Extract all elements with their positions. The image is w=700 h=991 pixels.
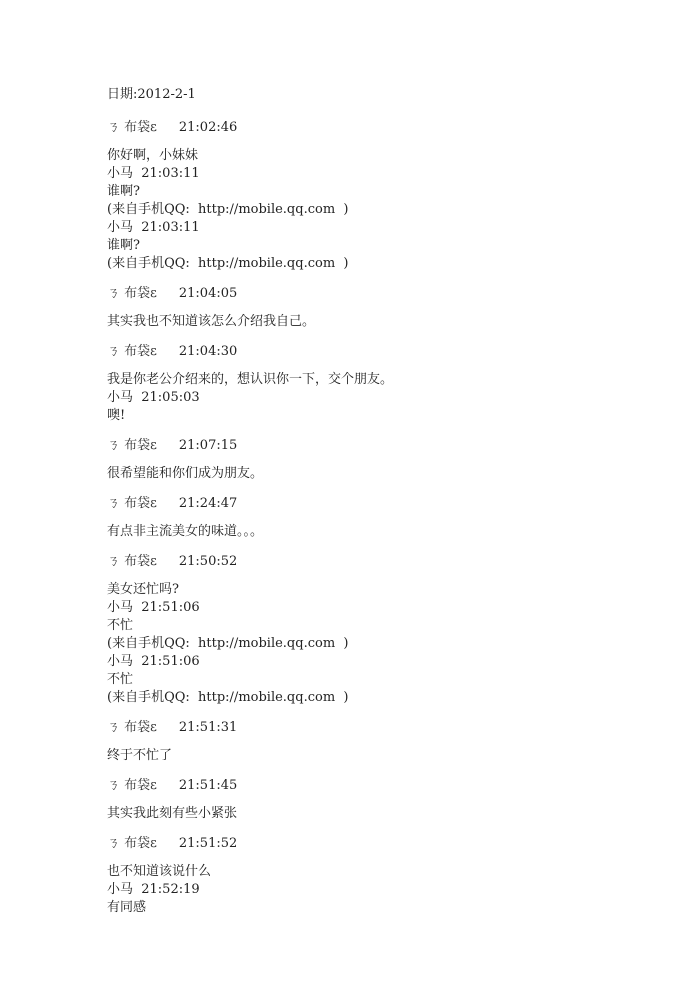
message-line: 不忙 xyxy=(107,671,667,689)
timestamp: 21:51:31 xyxy=(179,720,237,735)
sender-name: ㄋ 布袋ε xyxy=(107,496,157,511)
message-block: ㄋ 布袋ε21:04:05 其实我也不知道该怎么介绍我自己。 xyxy=(107,285,667,331)
message-header: ㄋ 布袋ε21:51:31 xyxy=(107,719,667,737)
timestamp: 21:07:15 xyxy=(179,438,237,453)
timestamp: 21:51:45 xyxy=(179,778,237,793)
chat-log-document: 日期:2012-2-1 ㄋ 布袋ε21:02:46 你好啊，小妹妹 小马 21:… xyxy=(107,86,667,929)
reply-header: 小马 21:03:11 xyxy=(107,219,667,237)
message-block: ㄋ 布袋ε21:51:45 其实我此刻有些小紧张 xyxy=(107,777,667,823)
sender-name: ㄋ 布袋ε xyxy=(107,286,157,301)
message-line: 噢! xyxy=(107,407,667,425)
message-header: ㄋ 布袋ε21:51:45 xyxy=(107,777,667,795)
sender-name: ㄋ 布袋ε xyxy=(107,554,157,569)
message-header: ㄋ 布袋ε21:02:46 xyxy=(107,119,667,137)
message-block: ㄋ 布袋ε21:24:47 有点非主流美女的味道。。。 xyxy=(107,495,667,541)
sender-name: ㄋ 布袋ε xyxy=(107,778,157,793)
timestamp: 21:04:05 xyxy=(179,286,237,301)
message-block: ㄋ 布袋ε21:07:15 很希望能和你们成为朋友。 xyxy=(107,437,667,483)
message-line: 谁啊? xyxy=(107,183,667,201)
sender-name: ㄋ 布袋ε xyxy=(107,344,157,359)
message-line: 有点非主流美女的味道。。。 xyxy=(107,523,667,541)
reply-header: 小马 21:05:03 xyxy=(107,389,667,407)
message-header: ㄋ 布袋ε21:07:15 xyxy=(107,437,667,455)
sender-name: ㄋ 布袋ε xyxy=(107,836,157,851)
reply-header: 小马 21:03:11 xyxy=(107,165,667,183)
message-header: ㄋ 布袋ε21:24:47 xyxy=(107,495,667,513)
message-block: ㄋ 布袋ε21:50:52 美女还忙吗? 小马 21:51:06 不忙 (来自手… xyxy=(107,553,667,707)
message-line: 不忙 xyxy=(107,617,667,635)
message-header: ㄋ 布袋ε21:51:52 xyxy=(107,835,667,853)
reply-header: 小马 21:51:06 xyxy=(107,599,667,617)
source-note: (来自手机QQ: http://mobile.qq.com ) xyxy=(107,635,667,653)
message-line: 也不知道该说什么 xyxy=(107,863,667,881)
message-line: 其实我也不知道该怎么介绍我自己。 xyxy=(107,313,667,331)
sender-name: ㄋ 布袋ε xyxy=(107,438,157,453)
message-block: ㄋ 布袋ε21:02:46 你好啊，小妹妹 小马 21:03:11 谁啊? (来… xyxy=(107,119,667,273)
message-header: ㄋ 布袋ε21:50:52 xyxy=(107,553,667,571)
message-line: 你好啊，小妹妹 xyxy=(107,147,667,165)
timestamp: 21:24:47 xyxy=(179,496,237,511)
timestamp: 21:02:46 xyxy=(179,120,237,135)
source-note: (来自手机QQ: http://mobile.qq.com ) xyxy=(107,201,667,219)
message-header: ㄋ 布袋ε21:04:30 xyxy=(107,343,667,361)
sender-name: ㄋ 布袋ε xyxy=(107,720,157,735)
source-note: (来自手机QQ: http://mobile.qq.com ) xyxy=(107,689,667,707)
message-line: 终于不忙了 xyxy=(107,747,667,765)
timestamp: 21:51:52 xyxy=(179,836,237,851)
message-line: 谁啊? xyxy=(107,237,667,255)
timestamp: 21:04:30 xyxy=(179,344,237,359)
message-block: ㄋ 布袋ε21:51:31 终于不忙了 xyxy=(107,719,667,765)
message-header: ㄋ 布袋ε21:04:05 xyxy=(107,285,667,303)
sender-name: ㄋ 布袋ε xyxy=(107,120,157,135)
message-block: ㄋ 布袋ε21:51:52 也不知道该说什么 小马 21:52:19 有同感 xyxy=(107,835,667,917)
message-line: 很希望能和你们成为朋友。 xyxy=(107,465,667,483)
message-line: 有同感 xyxy=(107,899,667,917)
reply-header: 小马 21:51:06 xyxy=(107,653,667,671)
source-note: (来自手机QQ: http://mobile.qq.com ) xyxy=(107,255,667,273)
message-line: 其实我此刻有些小紧张 xyxy=(107,805,667,823)
date-label: 日期:2012-2-1 xyxy=(107,86,667,104)
message-block: ㄋ 布袋ε21:04:30 我是你老公介绍来的，想认识你一下，交个朋友。 小马 … xyxy=(107,343,667,425)
message-line: 我是你老公介绍来的，想认识你一下，交个朋友。 xyxy=(107,371,667,389)
timestamp: 21:50:52 xyxy=(179,554,237,569)
message-line: 美女还忙吗? xyxy=(107,581,667,599)
reply-header: 小马 21:52:19 xyxy=(107,881,667,899)
